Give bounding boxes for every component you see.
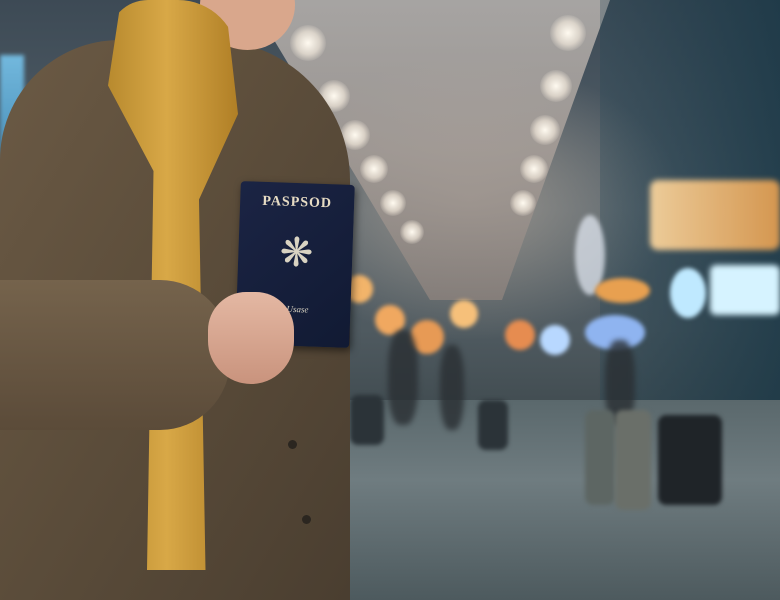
suitcase bbox=[658, 415, 722, 505]
bokeh-light bbox=[505, 320, 535, 350]
suitcase bbox=[350, 395, 384, 445]
info-screen bbox=[710, 265, 780, 315]
gate-sign bbox=[650, 180, 780, 250]
ceiling-light bbox=[540, 70, 572, 102]
ceiling-light bbox=[290, 25, 326, 61]
ceiling-light bbox=[520, 155, 548, 183]
bokeh-light bbox=[595, 278, 650, 303]
passport-title: PASPSOD bbox=[240, 193, 354, 213]
ceiling-light bbox=[400, 220, 424, 244]
airport-scene: PASPSOD ❋ Usase bbox=[0, 0, 780, 600]
bokeh-light bbox=[540, 325, 570, 355]
coat-button bbox=[288, 440, 297, 449]
suitcase bbox=[615, 410, 651, 510]
ceiling-light bbox=[380, 190, 406, 216]
traveler-silhouette bbox=[440, 345, 464, 430]
coat-button bbox=[302, 515, 311, 524]
eagle-seal-icon: ❋ bbox=[267, 224, 325, 282]
ceiling-light bbox=[360, 155, 388, 183]
hand bbox=[208, 292, 294, 384]
ceiling-light bbox=[530, 115, 560, 145]
bokeh-light bbox=[450, 300, 478, 328]
coat-sleeve bbox=[0, 280, 230, 430]
traveler-silhouette bbox=[388, 330, 418, 425]
ceiling-light bbox=[550, 15, 586, 51]
bokeh-light bbox=[670, 268, 706, 318]
ceiling-light bbox=[510, 190, 536, 216]
suitcase bbox=[478, 400, 508, 450]
suitcase bbox=[585, 410, 615, 505]
